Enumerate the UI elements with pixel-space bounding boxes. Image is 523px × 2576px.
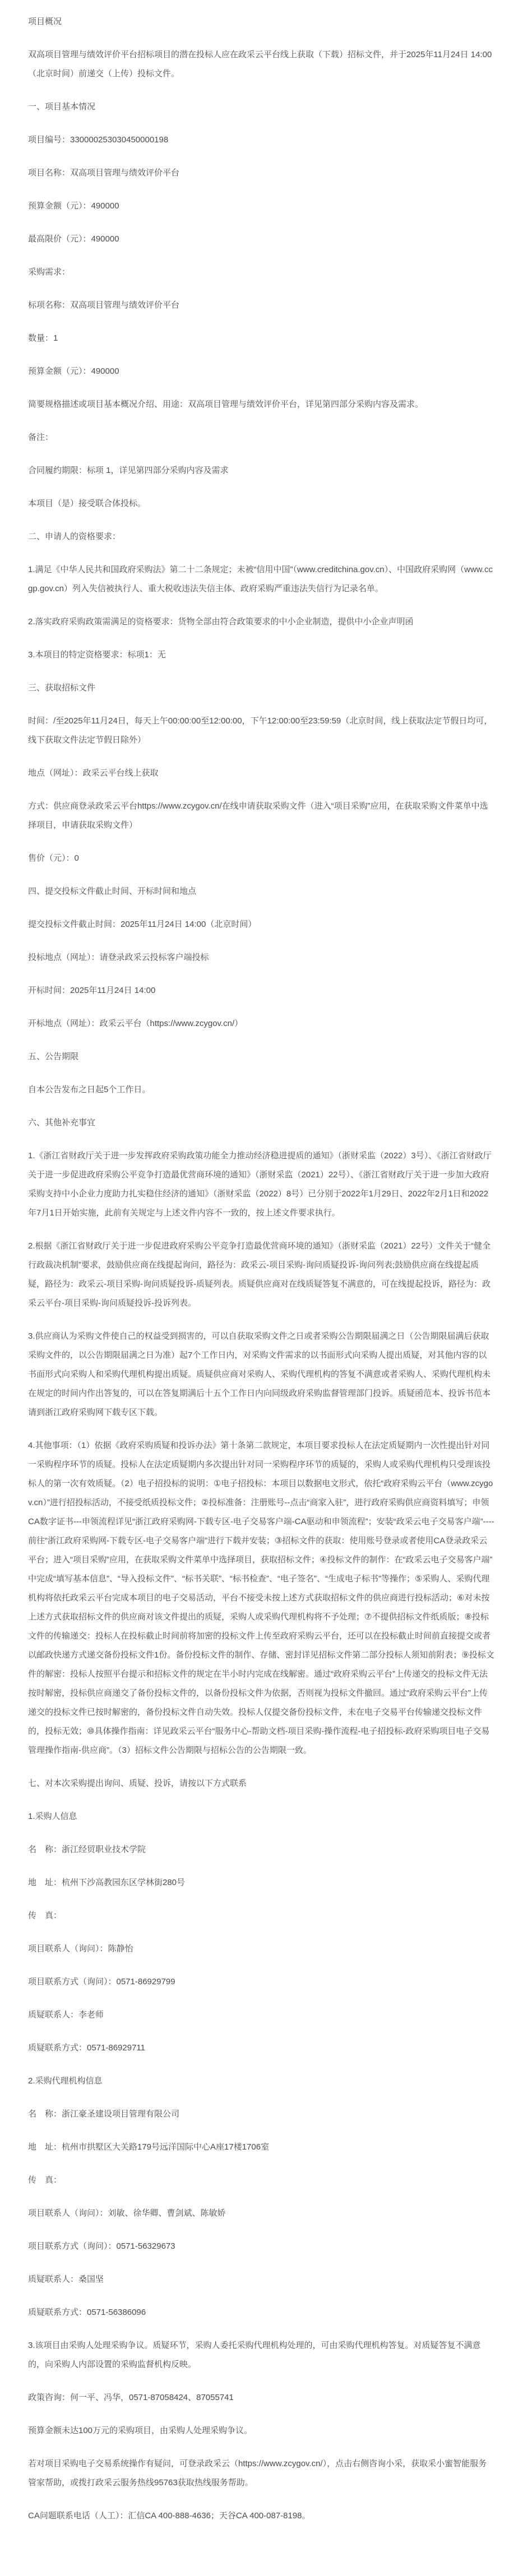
lot-budget-amount: 预算金额（元）：490000 [28,362,495,381]
agency-query-contact-phone: 质疑联系方式：0571-56386096 [28,2303,495,2322]
ca-hotline: CA问题联系电话（人工）：汇信CA 400-888-4636；天谷CA 400-… [28,2507,495,2526]
purchaser-name: 名 称：浙江经贸职业技术学院 [28,1840,495,1859]
dispute-handling-statement: 3.该项目由采购人处理采购争议。质疑环节，采购人委托采购代理机构处理的，可由采购… [28,2336,495,2374]
qualification-item-1: 1.满足《中华人民共和国政府采购法》第二十二条规定；未被“信用中国”（www.c… [28,560,495,598]
announcement-period: 自本公告发布之日起5个工作日。 [28,1080,495,1099]
purchaser-contact-person: 项目联系人（询问）：陈静怡 [28,1939,495,1958]
section-7-heading: 七、对本次采购提出询问、质疑、投诉，请按以下方式联系 [28,1774,495,1793]
purchaser-query-contact-phone: 质疑联系方式：0571-86929711 [28,2039,495,2058]
supplement-item-4: 4.其他事项：（1）依据《政府采购质疑和投诉办法》第十条第二款规定，本项目要求投… [28,1436,495,1760]
platform-help-statement: 若对项目采购电子交易系统操作有疑问，可登录政采云（https://www.zcy… [28,2454,495,2493]
purchaser-fax: 传 真： [28,1906,495,1925]
project-number: 项目编号：330000253030450000198 [28,131,495,150]
document-obtain-place: 地点（网址）：政采云平台线上获取 [28,764,495,783]
agency-info-heading: 2.采购代理机构信息 [28,2072,495,2091]
overview-title: 项目概况 [28,12,495,31]
purchaser-info-heading: 1.采购人信息 [28,1807,495,1826]
bid-opening-time: 开标时间：2025年11月24日 14:00 [28,981,495,1000]
policy-consultation: 政策咨询：何一平、冯华，0571-87058424、87055741 [28,2388,495,2407]
procurement-demand-label: 采购需求： [28,263,495,282]
consortium-bid-statement: 本项目（是）接受联合体投标。 [28,494,495,513]
section-4-heading: 四、提交投标文件截止时间、开标时间和地点 [28,882,495,901]
project-name: 项目名称：双高项目管理与绩效评价平台 [28,164,495,183]
contract-performance-period: 合同履约期限：标项 1，详见第四部分采购内容及需求 [28,461,495,480]
agency-query-contact-person: 质疑联系人：桑国坚 [28,2270,495,2289]
purchaser-query-contact-person: 质疑联系人：李老师 [28,2006,495,2025]
section-2-heading: 二、申请人的资格要求： [28,527,495,546]
qualification-item-3: 3.本项目的特定资格要求：标项1：无 [28,646,495,665]
document-obtain-time: 时间：/至2025年11月24日，每天上午00:00:00至12:00:00，下… [28,712,495,750]
section-3-heading: 三、获取招标文件 [28,679,495,698]
qualification-item-2: 2.落实政府采购政策需满足的资格要求：货物全部由符合政策要求的中小企业制造，提供… [28,612,495,632]
lot-name: 标项名称：双高项目管理与绩效评价平台 [28,296,495,315]
supplement-item-1: 1.《浙江省财政厅关于进一步发挥政府采购政策功能全力推动经济稳进提质的通知》（浙… [28,1147,495,1223]
budget-dispute-statement: 预算金额未达100万元的采购项目，由采购人处理采购争议。 [28,2421,495,2440]
bid-place: 投标地点（网址）：请登录政采云投标客户端投标 [28,948,495,967]
remark-label: 备注： [28,428,495,447]
document-obtain-method: 方式：供应商登录政采云平台https://www.zcygov.cn/在线申请获… [28,797,495,835]
agency-address: 地 址：杭州市拱墅区大关路179号远洋国际中心A座17楼1706室 [28,2138,495,2157]
section-6-heading: 六、其他补充事宜 [28,1113,495,1132]
supplement-item-2: 2.根据《浙江省财政厅关于进一步促进政府采购公平竞争打造最优营商环境的通知》（浙… [28,1237,495,1313]
agency-fax: 传 真： [28,2171,495,2190]
section-5-heading: 五、公告期限 [28,1047,495,1066]
agency-name: 名 称：浙江豪圣建设项目管理有限公司 [28,2105,495,2124]
purchaser-contact-phone: 项目联系方式（询问）：0571-86929799 [28,1972,495,1992]
quantity: 数量：1 [28,329,495,348]
bid-opening-place: 开标地点（网址）：政采云平台（https://www.zcygov.cn/） [28,1014,495,1033]
section-1-heading: 一、项目基本情况 [28,98,495,117]
brief-spec-description: 简要规格描述或项目基本概况介绍、用途：双高项目管理与绩效评价平台，详见第四部分采… [28,395,495,414]
agency-contact-person: 项目联系人（询问）：刘敏、徐华卿、曹剑斌、陈敏娇 [28,2204,495,2223]
procurement-announcement-document: 项目概况 双高项目管理与绩效评价平台招标项目的潜在投标人应在政采云平台线上获取（… [0,0,523,2542]
overview-paragraph: 双高项目管理与绩效评价平台招标项目的潜在投标人应在政采云平台线上获取（下载）招标… [28,45,495,83]
max-price: 最高限价（元）：490000 [28,230,495,249]
purchaser-address: 地 址：杭州下沙高教园东区学林街280号 [28,1873,495,1892]
budget-amount: 预算金额（元）：490000 [28,197,495,216]
supplement-item-3: 3.供应商认为采购文件使自己的权益受到损害的，可以自获取采购文件之日或者采购公告… [28,1327,495,1422]
document-price: 售价（元）：0 [28,849,495,868]
bid-submission-deadline: 提交投标文件截止时间：2025年11月24日 14:00（北京时间） [28,915,495,934]
agency-contact-phone: 项目联系方式（询问）：0571-56329673 [28,2237,495,2256]
